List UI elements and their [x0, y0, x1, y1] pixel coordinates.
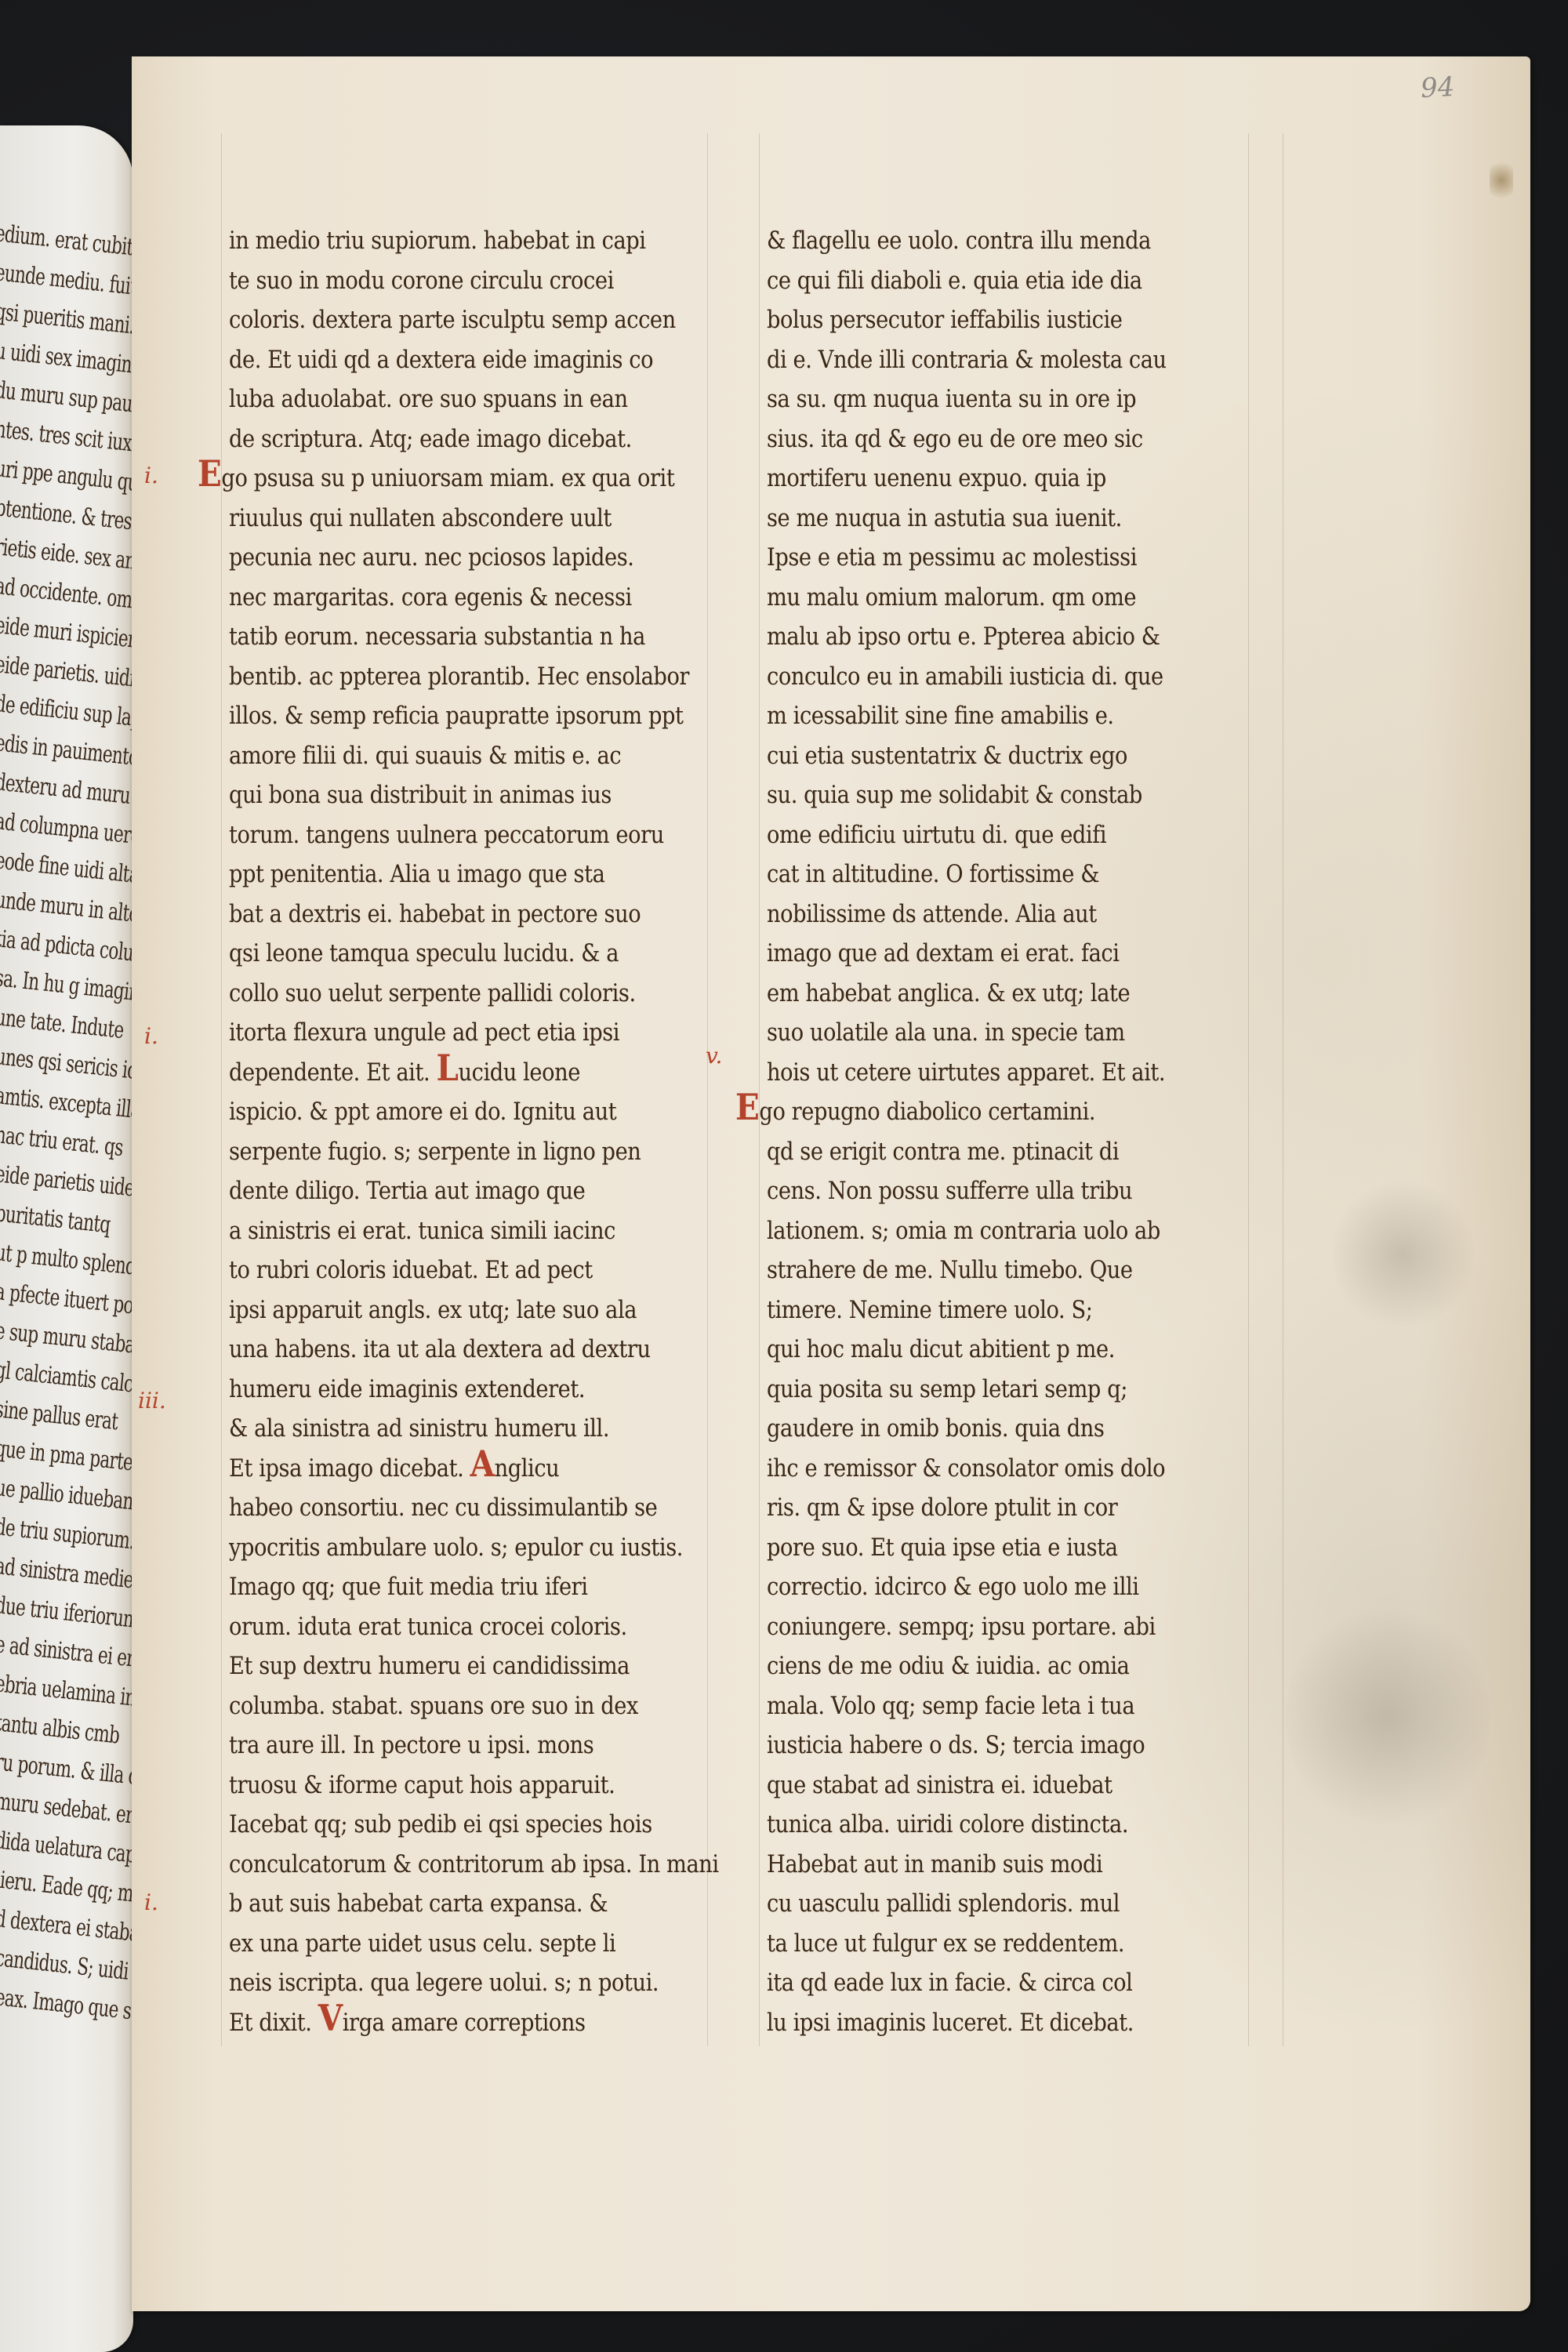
text-line: di e. Vnde illi contraria & molesta cau: [767, 340, 1188, 380]
facing-page-line: edium. erat cubit in: [0, 220, 133, 263]
facing-page-line: lieru. Eade qq; medi: [0, 1866, 133, 1911]
text-line: in medio triu supiorum. habebat in capi: [229, 221, 650, 261]
text-line: tatib eorum. necessaria substantia n ha: [229, 617, 650, 657]
text-line: ta luce ut fulgur ex se reddentem.: [767, 1924, 1188, 1964]
facing-page-line: ntes. tres scit iuxta: [0, 416, 133, 459]
text-line: to rubri coloris iduebat. Et ad pect: [229, 1250, 650, 1290]
red-initial: E: [198, 462, 221, 485]
text-line: columba. stabat. spuans ore suo in dex: [229, 1686, 650, 1726]
text-line: Et dixit. Virga amare correptions: [229, 2003, 650, 2043]
text-line: & flagellu ee uolo. contra illu menda: [767, 221, 1188, 261]
text-line: hois ut cetere uirtutes apparet. Et ait.: [767, 1053, 1188, 1093]
text-column-right: & flagellu ee uolo. contra illu mendace …: [767, 221, 1245, 2042]
red-initial: A: [470, 1452, 495, 1475]
text-line: imago que ad dextam ei erat. faci: [767, 934, 1188, 974]
facing-page-line: u uidi sex imagines: [0, 337, 133, 380]
text-line: truosu & iforme caput hois apparuit.: [229, 1766, 650, 1806]
text-line: coloris. dextera parte isculptu semp acc…: [229, 300, 650, 340]
facing-page-line: candidus. S; uidi tal: [0, 1944, 133, 1988]
text-line: collo suo uelut serpente pallidi coloris…: [229, 974, 650, 1014]
facing-page-line: ru porum. & illa que: [0, 1748, 133, 1793]
text-line: strahere de me. Nullu timebo. Que: [767, 1250, 1188, 1290]
facing-page-line: eunde mediu. fuit lon: [0, 259, 133, 304]
text-line: iusticia habere o ds. S; tercia imago: [767, 1726, 1188, 1766]
margin-marker: i.: [144, 1023, 158, 1049]
facing-page-line: uri ppe angulu qui r: [0, 455, 133, 499]
text-line: ihc e remissor & consolator omis dolo: [767, 1449, 1188, 1489]
text-line: bat a dextris ei. habebat in pectore suo: [229, 895, 650, 935]
text-line: habeo consortiu. nec cu dissimulantib se: [229, 1488, 650, 1528]
text-line: nobilissime ds attende. Alia aut: [767, 895, 1188, 935]
text-line: Iacebat qq; sub pedib ei qsi species hoi…: [229, 1805, 650, 1845]
text-line: Et sup dextru humeru ei candidissima: [229, 1646, 650, 1686]
text-line: ex una parte uidet usus celu. septe li: [229, 1924, 650, 1964]
facing-page-line: ebria uelamina in: [0, 1670, 133, 1712]
text-line: Et ipsa imago dicebat. Anglicu: [229, 1449, 650, 1489]
text-line: illos. & semp reficia paupratte ipsorum …: [229, 696, 650, 736]
text-line: ypocritis ambulare uolo. s; epulor cu iu…: [229, 1528, 650, 1568]
text-line: lationem. s; omia m contraria uolo ab: [767, 1211, 1188, 1251]
text-line: cat in altitudine. O fortissime &: [767, 855, 1188, 895]
facing-page-line: eide parietis. uidi: [0, 651, 133, 692]
facing-page: edium. erat cubit ineunde mediu. fuit lo…: [0, 125, 133, 2352]
facing-page-line: d dextera ei stabat: [0, 1905, 133, 1948]
text-line: suo uolatile ala una. in specie tam: [767, 1013, 1188, 1053]
text-line: a sinistris ei erat. tunica simili iacin…: [229, 1211, 650, 1251]
facing-page-line: puritatis tantq: [0, 1200, 111, 1239]
text-line: humeru eide imaginis extenderet.: [229, 1370, 650, 1410]
facing-page-line: eide muri ispicient: [0, 612, 133, 655]
text-line: & ala sinistra ad sinistru humeru ill.: [229, 1409, 650, 1449]
text-line: sa su. qm nuqua iuenta su in ore ip: [767, 379, 1188, 419]
facing-page-line: edis in pauimento posi: [0, 729, 133, 775]
facing-page-line: tia ad pdicta colu: [0, 925, 133, 967]
facing-page-line: dexteru ad muru: [0, 768, 132, 810]
ruling-line: [1248, 133, 1249, 2046]
text-line: ome edificiu uirtutu di. que edifi: [767, 815, 1188, 855]
facing-page-line: de triu supiorum. que: [0, 1513, 133, 1559]
text-line: tunica alba. uiridi colore distincta.: [767, 1805, 1188, 1845]
text-line: ispicio. & ppt amore ei do. Ignitu aut: [229, 1092, 650, 1132]
text-line: de scriptura. Atq; eade imago dicebat.: [229, 419, 650, 459]
text-line: que stabat ad sinistra ei. iduebat: [767, 1766, 1188, 1806]
text-line: pore suo. Et quia ipse etia e iusta: [767, 1528, 1188, 1568]
text-line: serpente fugio. s; serpente in ligno pen: [229, 1132, 650, 1172]
text-line: ciens de me odiu & iuidia. ac omia: [767, 1646, 1188, 1686]
text-line: de. Et uidi qd a dextera eide imaginis c…: [229, 340, 650, 380]
facing-page-line: ptentione. & tres etia: [0, 494, 133, 539]
text-line: Ego repugno diabolico certamini.: [735, 1092, 1184, 1132]
facing-page-line: gl calciamtis calc: [0, 1356, 133, 1398]
red-initial: L: [436, 1056, 458, 1080]
text-line: coniungere. sempq; ipsu portare. abi: [767, 1607, 1188, 1647]
facing-page-line: sa. In hu g imagine: [0, 964, 133, 1007]
facing-page-line: sine pallus erat: [0, 1396, 119, 1436]
text-line: mu malu omium malorum. qm ome: [767, 578, 1188, 618]
text-line: neis iscripta. qua legere uolui. s; n po…: [229, 1963, 650, 2003]
facing-page-line: muru sedebat. erat: [0, 1788, 133, 1831]
facing-page-line: que in pma parte: [0, 1435, 133, 1476]
folio-number: 94: [1420, 71, 1455, 104]
margin-marker: i.: [144, 1889, 158, 1915]
text-line: dente diligo. Tertia aut imago que: [229, 1171, 650, 1211]
text-line: bentib. ac ppterea plorantib. Hec ensola…: [229, 657, 650, 697]
margin-marker: i.: [144, 463, 158, 488]
text-line: mala. Volo qq; semp facie leta i tua: [767, 1686, 1188, 1726]
text-line: dependente. Et ait. Lucidu leone: [229, 1053, 650, 1093]
facing-page-line: de edificiu sup lapid: [0, 690, 133, 734]
text-line: mortiferu uenenu expuo. quia ip: [767, 459, 1188, 499]
text-line: pecunia nec auru. nec pciosos lapides.: [229, 538, 650, 578]
text-line: qd se erigit contra me. ptinacit di: [767, 1132, 1188, 1172]
text-line: riuulus qui nullaten abscondere uult: [229, 499, 650, 539]
text-line: tra aure ill. In pectore u ipsi. mons: [229, 1726, 650, 1766]
facing-page-line: une tate. Indute: [0, 1004, 125, 1044]
text-line: ce qui fili diaboli e. quia etia ide dia: [767, 261, 1188, 301]
edge-damage: [1490, 157, 1513, 204]
text-line: te suo in modu corone circulu crocei: [229, 261, 650, 301]
text-line: ita qd eade lux in facie. & circa col: [767, 1963, 1188, 2003]
facing-page-line: ad occidente. oms p: [0, 572, 133, 616]
text-line: cens. Non possu sufferre ulla tribu: [767, 1171, 1188, 1211]
facing-page-line: hac triu erat. qs: [0, 1121, 124, 1162]
facing-page-line: dida uelatura capit: [0, 1827, 133, 1870]
text-line: torum. tangens uulnera peccatorum eoru: [229, 815, 650, 855]
foxing-stain: [1333, 1176, 1474, 1333]
facing-page-line: a pfecte ituert poss: [0, 1278, 133, 1321]
text-line: ppt penitentia. Alia u imago que sta: [229, 855, 650, 895]
text-line: timere. Nemine timere uolo. S;: [767, 1290, 1188, 1330]
text-line: b aut suis habebat carta expansa. &: [229, 1884, 650, 1924]
facing-page-line: e sup muru stabat: [0, 1317, 133, 1359]
foxing-stain: [1286, 1599, 1490, 1835]
facing-page-line: tantu albis cmb: [0, 1709, 121, 1749]
text-column-left: in medio triu supiorum. habebat in capit…: [229, 221, 707, 2042]
text-line: luba aduolabat. ore suo spuans in ean: [229, 379, 650, 419]
text-line: conculco eu in amabili iusticia di. que: [767, 657, 1188, 697]
text-line: ris. qm & ipse dolore ptulit in cor: [767, 1488, 1188, 1528]
text-line: gaudere in omib bonis. quia dns: [767, 1409, 1188, 1449]
text-line: cu uasculu pallidi splendoris. mul: [767, 1884, 1188, 1924]
text-line: qsi leone tamqua speculu lucidu. & a: [229, 934, 650, 974]
text-line: bolus persecutor ieffabilis iusticie: [767, 300, 1188, 340]
text-line: orum. iduta erat tunica crocei coloris.: [229, 1607, 650, 1647]
facing-page-line: eode fine uidi alta: [0, 847, 133, 889]
facing-page-line: du muru sup pauimen: [0, 376, 133, 423]
facing-page-line: unes qsi sericis idui: [0, 1043, 133, 1087]
ruling-line: [1283, 133, 1283, 2046]
text-line: qui bona sua distribuit in animas ius: [229, 775, 650, 815]
text-line: qui hoc malu dicut abitient p me.: [767, 1330, 1188, 1370]
text-line: Habebat aut in manib suis modi: [767, 1845, 1188, 1885]
text-line: ipsi apparuit angls. ex utq; late suo al…: [229, 1290, 650, 1330]
text-line: em habebat anglica. & ex utq; late: [767, 974, 1188, 1014]
facing-page-line: eax. Imago que sta: [0, 1984, 133, 2027]
margin-marker: iii.: [138, 1388, 166, 1414]
facing-page-line: eide parietis uide: [0, 1160, 133, 1202]
facing-page-line: unde muru in alto: [0, 886, 133, 928]
red-initial: V: [318, 2006, 343, 2030]
facing-page-line: due triu iferiorum: [0, 1592, 133, 1634]
margin-marker: v.: [706, 1043, 722, 1069]
red-initial: E: [735, 1095, 759, 1119]
facing-page-line: e ad sinistra ei erat: [0, 1631, 133, 1675]
text-line: sius. ita qd & ego eu de ore meo sic: [767, 419, 1188, 459]
facing-page-line: qsi pueritis mani. Inta: [0, 298, 133, 343]
text-line: Imago qq; que fuit media triu iferi: [229, 1567, 650, 1607]
text-line: lu ipsi imaginis luceret. Et dicebat.: [767, 2003, 1188, 2043]
text-line: amore filii di. qui suauis & mitis e. ac: [229, 736, 650, 776]
text-line: nec margaritas. cora egenis & necessi: [229, 578, 650, 618]
text-line: una habens. ita ut ala dextera ad dextru: [229, 1330, 650, 1370]
facing-page-line: amtis. excepta illa: [0, 1082, 133, 1124]
text-line: Ipse e etia m pessimu ac molestissi: [767, 538, 1188, 578]
text-line: conculcatorum & contritorum ab ipsa. In …: [229, 1845, 650, 1885]
facing-page-line: ad columpna uere tm: [0, 808, 133, 853]
text-line: correctio. idcirco & ego uolo me illi: [767, 1567, 1188, 1607]
text-line: su. quia sup me solidabit & constab: [767, 775, 1188, 815]
text-line: se me nuqua in astutia sua iuenit.: [767, 499, 1188, 539]
text-line: quia posita su semp letari semp q;: [767, 1370, 1188, 1410]
ruling-line: [707, 133, 708, 2046]
facing-page-line: ut p multo splend: [0, 1239, 133, 1281]
text-line: malu ab ipso ortu e. Ppterea abicio &: [767, 617, 1188, 657]
ruling-line: [221, 133, 222, 2046]
text-line: Ego psusa su p uniuorsam miam. ex qua or…: [198, 459, 646, 499]
facing-page-line: rietis eide. sex angu: [0, 533, 133, 577]
facing-page-line: ue pallio iduebant: [0, 1474, 133, 1516]
facing-page-line: ad sinistra medie: [0, 1552, 133, 1594]
text-line: m icessabilit sine fine amabilis e.: [767, 696, 1188, 736]
text-line: cui etia sustentatrix & ductrix ego: [767, 736, 1188, 776]
